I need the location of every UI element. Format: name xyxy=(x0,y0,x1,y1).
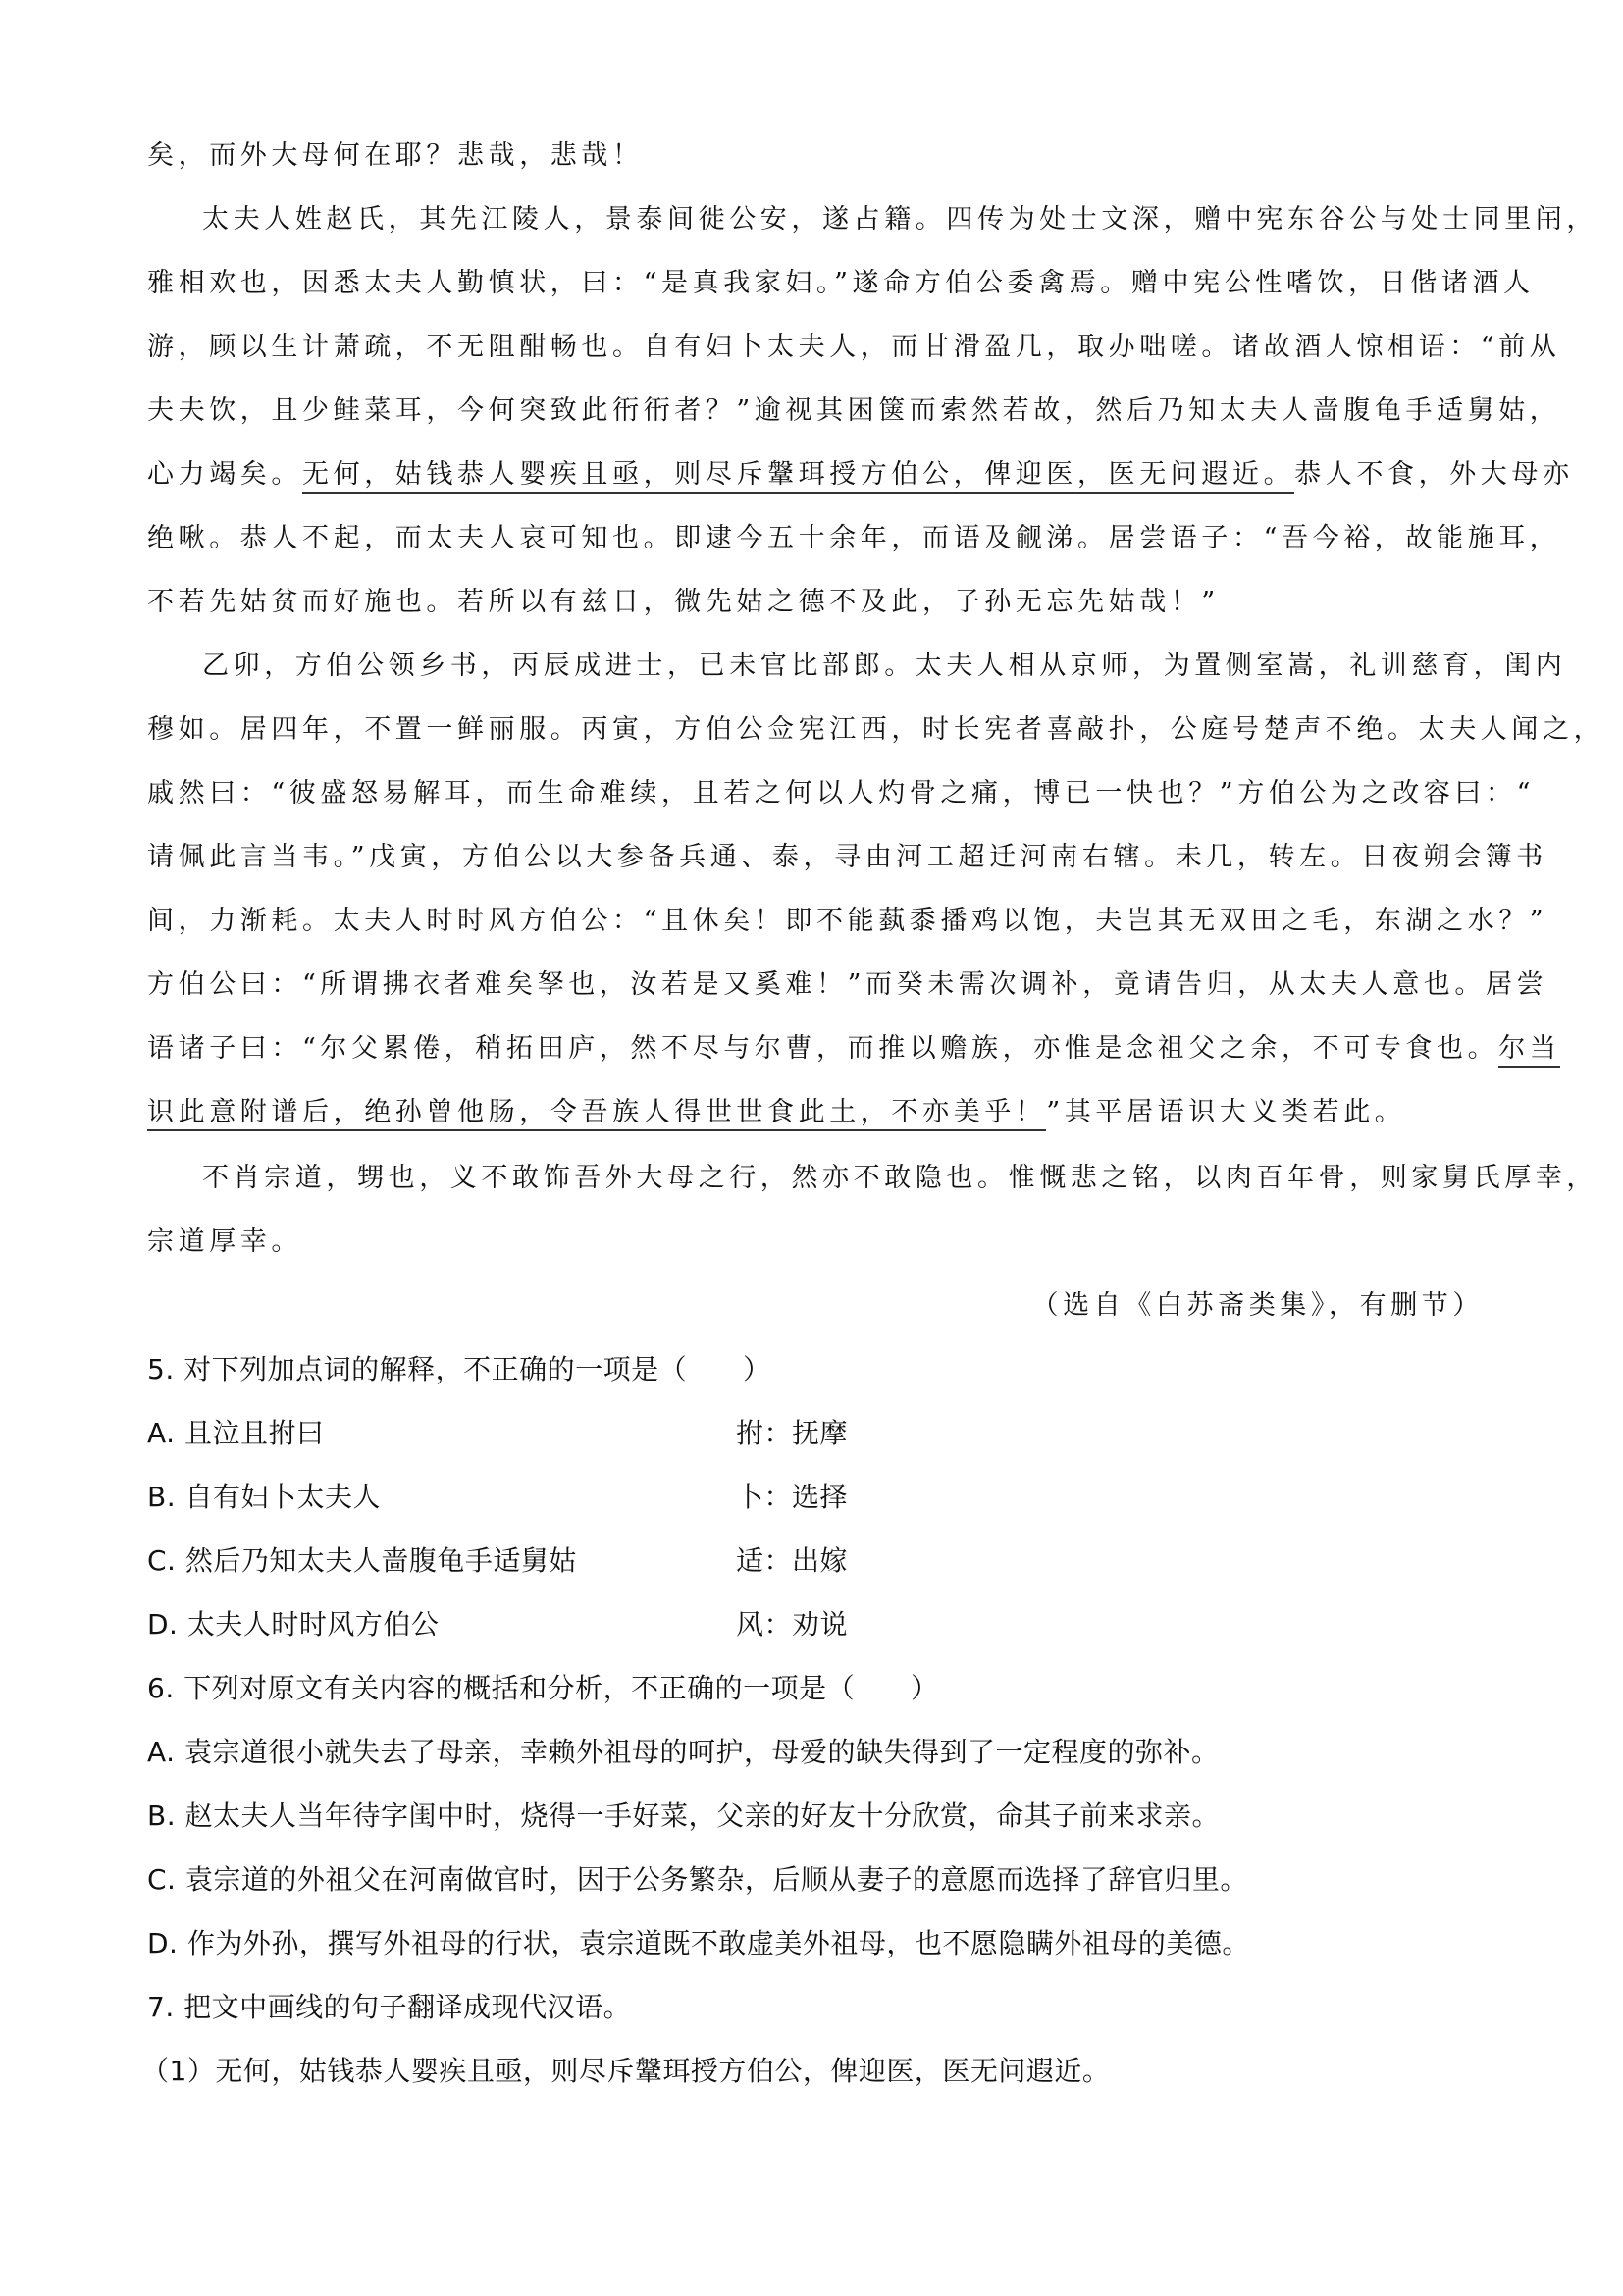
option-gloss: 卜：选择 xyxy=(736,1480,848,1515)
option-label: B. xyxy=(147,1800,176,1832)
passage-line: 夫夫饮，且少鲑菜耳，今何突致此衎衎者？”逾视其困箧而索然若故，然后乃知太夫人啬腹… xyxy=(147,393,1560,429)
passage-line: 语诸子曰：“尔父累倦，稍拓田庐，然不尽与尔曹，而推以赡族，亦惟是念祖父之余，不可… xyxy=(147,1031,1560,1067)
passage-line: 太夫人姓赵氏，其先江陵人，景泰间徙公安，遂占籍。四传为处士文深，赠中宪东谷公与处… xyxy=(147,202,1597,237)
passage-text: 语诸子曰：“尔父累倦，稍拓田庐，然不尽与尔曹，而推以赡族，亦惟是念祖父之余，不可… xyxy=(147,1033,1498,1064)
passage-line: 间，力渐耗。太夫人时时风方伯公：“且休矣！即不能蓺黍播鸡以饱，夫岂其无双田之毛，… xyxy=(147,904,1547,939)
option-text: 且泣且拊曰 xyxy=(184,1417,325,1449)
option-label: A. xyxy=(147,1736,176,1768)
question-6-option-c[interactable]: C. 袁宗道的外祖父在河南做官时，因于公务繁杂，后顺从妻子的意愿而选择了辞官归里… xyxy=(147,1862,1248,1898)
question-5-option-b[interactable]: B. 自有妇卜太夫人 卜：选择 xyxy=(147,1480,1128,1515)
option-text: 作为外孙，撰写外祖母的行状，袁宗道既不敢虚美外祖母，也不愿隐瞒外祖母的美德。 xyxy=(187,1927,1250,1959)
option-text: 太夫人时时风方伯公 xyxy=(187,1608,440,1641)
passage-line: 不肖宗道，甥也，义不敢饰吾外大母之行，然亦不敢隐也。惟慨悲之铭，以肉百年骨，则家… xyxy=(147,1161,1597,1196)
question-6-option-d[interactable]: D. 作为外孙，撰写外祖母的行状，袁宗道既不敢虚美外祖母，也不愿隐瞒外祖母的美德… xyxy=(147,1926,1250,1961)
option-text: 自有妇卜太夫人 xyxy=(185,1481,382,1513)
question-5-option-d[interactable]: D. 太夫人时时风方伯公 风：劝说 xyxy=(147,1607,1128,1643)
underlined-sentence-2b: 识此意附谱后，绝孙曾他肠，令吾族人得世世食此土，不亦美乎！ xyxy=(147,1097,1046,1131)
passage-text: 恭人不食，外大母亦 xyxy=(1294,459,1573,490)
option-gloss: 适：出嫁 xyxy=(736,1543,848,1579)
passage-line: 心力竭矣。无何，姑钱恭人婴疾且亟，则尽斥鞶珥授方伯公，俾迎医，医无问遐近。恭人不… xyxy=(147,457,1574,493)
passage-line: 游，顾以生计萧疏，不无阻酣畅也。自有妇卜太夫人，而甘滑盈几，取办咄嗟。诸故酒人惊… xyxy=(147,330,1560,365)
question-5-stem: 5. 对下列加点词的解释，不正确的一项是（ ） xyxy=(147,1352,771,1387)
option-text: 袁宗道的外祖父在河南做官时，因于公务繁杂，后顺从妻子的意愿而选择了辞官归里。 xyxy=(185,1863,1248,1896)
question-6-stem: 6. 下列对原文有关内容的概括和分析，不正确的一项是（ ） xyxy=(147,1671,939,1706)
option-text: 袁宗道很小就失去了母亲，幸赖外祖母的呵护，母爱的缺失得到了一定程度的弥补。 xyxy=(184,1736,1220,1768)
passage-line: 雅相欢也，因悉太夫人勤慎状，曰：“是真我家妇。”遂命方伯公委禽焉。赠中宪公性嗜饮… xyxy=(147,266,1535,301)
passage-line: 识此意附谱后，绝孙曾他肠，令吾族人得世世食此土，不亦美乎！”其平居语识大义类若此… xyxy=(147,1095,1405,1130)
option-label: B. xyxy=(147,1481,176,1513)
question-5-option-c[interactable]: C. 然后乃知太夫人啬腹龟手适舅姑 适：出嫁 xyxy=(147,1543,1128,1579)
option-label: C. xyxy=(147,1544,176,1577)
underlined-sentence-2a: 尔当 xyxy=(1498,1033,1560,1068)
option-gloss: 拊：抚摩 xyxy=(736,1416,848,1451)
passage-line: 矣，而外大母何在耶？悲哉，悲哉！ xyxy=(147,138,644,174)
source-citation: （选自《白苏斋类集》，有删节） xyxy=(1032,1288,1485,1324)
question-5-option-a[interactable]: A. 且泣且拊曰 拊：抚摩 xyxy=(147,1416,1128,1451)
option-gloss: 风：劝说 xyxy=(736,1607,848,1643)
passage-text: ”其平居语识大义类若此。 xyxy=(1046,1097,1405,1127)
question-7-item-1: （1）无何，姑钱恭人婴疾且亟，则尽斥鞶珥授方伯公，俾迎医，医无问遐近。 xyxy=(141,2054,1110,2089)
passage-line: 请佩此言当韦。”戊寅，方伯公以大参备兵通、泰，寻由河工超迁河南右辖。未几，转左。… xyxy=(147,840,1547,875)
passage-line: 绝啾。恭人不起，而太夫人哀可知也。即逮今五十余年，而语及觎涕。居尝语子：“吾今裕… xyxy=(147,521,1560,556)
passage-line: 方伯公曰：“所谓拂衣者难矣孥也，汝若是又奚难！”而癸未需次调补，竟请告归，从太夫… xyxy=(147,967,1547,1003)
option-label: C. xyxy=(147,1863,176,1896)
option-label: D. xyxy=(147,1927,178,1959)
question-6-option-b[interactable]: B. 赵太夫人当年待字闺中时，烧得一手好菜，父亲的好友十分欣赏，命其子前来求亲。 xyxy=(147,1799,1220,1834)
passage-line: 不若先姑贫而好施也。若所以有兹日，微先姑之德不及此，子孙无忘先姑哉！” xyxy=(147,585,1220,620)
option-label: D. xyxy=(147,1608,178,1641)
passage-text: 心力竭矣。 xyxy=(147,459,302,490)
passage-line: 戚然曰：“彼盛怒易解耳，而生命难续，且若之何以人灼骨之痛，博已一快也？”方伯公为… xyxy=(147,776,1535,811)
question-7-stem: 7. 把文中画线的句子翻译成现代汉语。 xyxy=(147,1990,631,2025)
option-text: 赵太夫人当年待字闺中时，烧得一手好菜，父亲的好友十分欣赏，命其子前来求亲。 xyxy=(185,1800,1221,1832)
underlined-sentence-1: 无何，姑钱恭人婴疾且亟，则尽斥鞶珥授方伯公，俾迎医，医无问遐近。 xyxy=(302,459,1294,494)
passage-line: 乙卯，方伯公领乡书，丙辰成进士，已未官比部郎。太夫人相从京师，为置侧室嵩，礼训慈… xyxy=(147,649,1566,684)
option-text: 然后乃知太夫人啬腹龟手适舅姑 xyxy=(185,1544,577,1577)
question-6-option-a[interactable]: A. 袁宗道很小就失去了母亲，幸赖外祖母的呵护，母爱的缺失得到了一定程度的弥补。 xyxy=(147,1735,1219,1770)
passage-line: 宗道厚幸。 xyxy=(147,1225,302,1260)
passage-line: 穆如。居四年，不置一鲜丽服。丙寅，方伯公佥宪江西，时长宪者喜敲扑，公庭号楚声不绝… xyxy=(147,712,1604,748)
option-label: A. xyxy=(147,1417,176,1449)
